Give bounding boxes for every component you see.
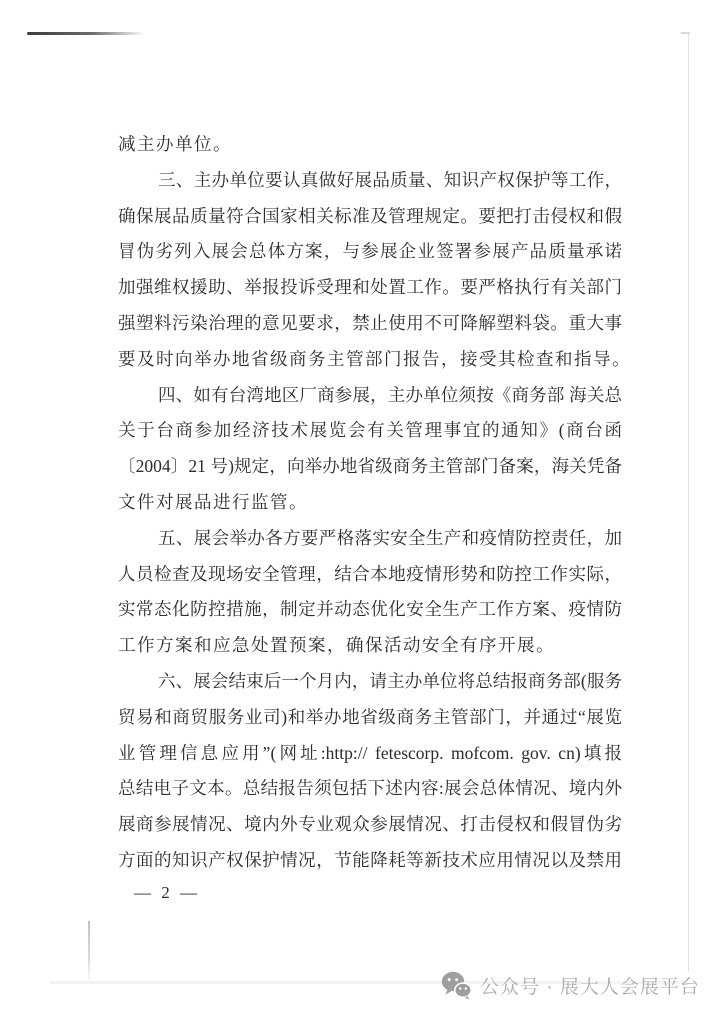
scan-artifact-page-edge-bottom-left (88, 921, 90, 985)
text-line: 确保展品质量符合国家相关标准及管理规定。要把打击侵权和假 (118, 199, 622, 235)
text-line: 冒伪劣列入展会总体方案，与参展企业签署参展产品质量承诺书， (118, 234, 622, 270)
page-number: — 2 — (134, 878, 200, 908)
text-line: 方面的知识产权保护情况，节能降耗等新技术应用情况以及禁用 (118, 843, 622, 879)
text-line: 三、主办单位要认真做好展品质量、知识产权保护等工作，应 (118, 163, 622, 199)
text-line: 六、展会结束后一个月内，请主办单位将总结报商务部(服务 (118, 664, 622, 700)
text-line: 五、展会举办各方要严格落实安全生产和疫情防控责任，加强 (118, 521, 622, 557)
scanned-document-page: 减主办单位。三、主办单位要认真做好展品质量、知识产权保护等工作，应确保展品质量符… (0, 0, 720, 1018)
text-line: 工作方案和应急处置预案，确保活动安全有序开展。 (118, 628, 622, 664)
text-line: 〔2004〕21 号)规定，向举办地省级商务主管部门备案，海关凭备案 (118, 449, 622, 485)
text-line: 贸易和商贸服务业司)和举办地省级商务主管部门，并通过“展览 (118, 700, 622, 736)
scan-artifact-page-edge-right (688, 33, 689, 971)
text-line: 减主办单位。 (118, 127, 622, 163)
text-line: 展商参展情况、境内外专业观众参展情况、打击侵权和假冒伪劣等 (118, 807, 622, 843)
text-line: 四、如有台湾地区厂商参展，主办单位须按《商务部 海关总署 (118, 378, 622, 414)
wechat-icon (441, 971, 472, 1000)
scan-artifact-top-left-line (27, 32, 145, 35)
text-line: 要及时向举办地省级商务主管部门报告，接受其检查和指导。 (118, 342, 622, 378)
watermark-label: 公众号 · 展大人会展平台 (480, 972, 700, 999)
text-line: 业管理信息应用”(网址:http:// fetescorp. mofcom. g… (118, 736, 622, 772)
text-line: 总结电子文本。总结报告须包括下述内容:展会总体情况、境内外 (118, 771, 622, 807)
document-body: 减主办单位。三、主办单位要认真做好展品质量、知识产权保护等工作，应确保展品质量符… (118, 127, 622, 879)
text-line: 人员检查及现场安全管理，结合本地疫情形势和防控工作实际，落 (118, 557, 622, 593)
text-line: 实常态化防控措施，制定并动态优化安全生产工作方案、疫情防控 (118, 592, 622, 628)
text-line: 强塑料污染治理的意见要求，禁止使用不可降解塑料袋。重大事项 (118, 306, 622, 342)
text-line: 文件对展品进行监管。 (118, 485, 622, 521)
text-line: 加强维权援助、举报投诉受理和处置工作。要严格执行有关部门加 (118, 270, 622, 306)
text-line: 关于台商参加经济技术展览会有关管理事宜的通知》(商台函 (118, 413, 622, 449)
watermark: 公众号 · 展大人会展平台 (441, 969, 700, 1001)
